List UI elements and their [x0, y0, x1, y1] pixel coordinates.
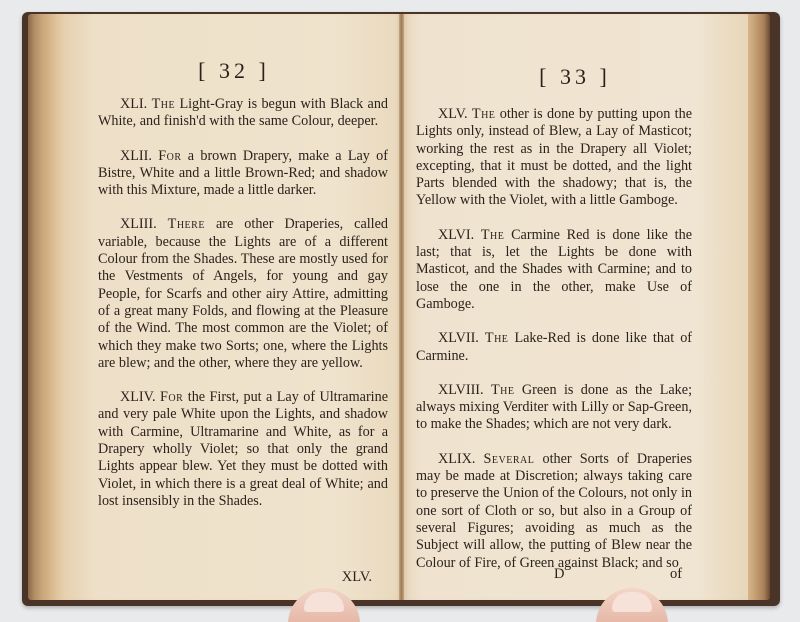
left-page: [ 32 ] XLI. The Light-Gray is begun with…: [66, 14, 402, 600]
thumbnail: [612, 592, 652, 612]
right-page: [ 33 ] XLV. The other is done by putting…: [402, 14, 748, 600]
paragraph-xlii: XLII. For a brown Drapery, make a Lay of…: [98, 148, 388, 200]
book-gutter: [399, 14, 404, 600]
catchword-left: XLV.: [342, 569, 372, 586]
page-number-right: [ 33 ]: [402, 64, 748, 90]
thumbnail: [304, 592, 344, 612]
paragraph-xlviii: XLVIII. The Green is done as the Lake; a…: [416, 382, 692, 434]
signature-mark: D: [554, 566, 564, 583]
page-number-left: [ 32 ]: [66, 58, 402, 84]
paragraph-xlv: XLV. The other is done by putting upon t…: [416, 106, 692, 210]
paragraph-xli: XLI. The Light-Gray is begun with Black …: [98, 96, 388, 131]
paragraph-xliv: XLIV. For the First, put a Lay of Ultram…: [98, 389, 388, 510]
paragraph-xlvi: XLVI. The Carmine Red is done like the l…: [416, 227, 692, 313]
left-page-text: XLI. The Light-Gray is begun with Black …: [98, 96, 388, 510]
paragraph-xlix: XLIX. Several other Sorts of Draperies m…: [416, 451, 692, 572]
right-page-text: XLV. The other is done by putting upon t…: [416, 106, 692, 572]
paragraph-xliii: XLIII. There are other Draperies, called…: [98, 216, 388, 372]
catchword-right: of: [670, 566, 682, 583]
paragraph-xlvii: XLVII. The Lake-Red is done like that of…: [416, 330, 692, 365]
